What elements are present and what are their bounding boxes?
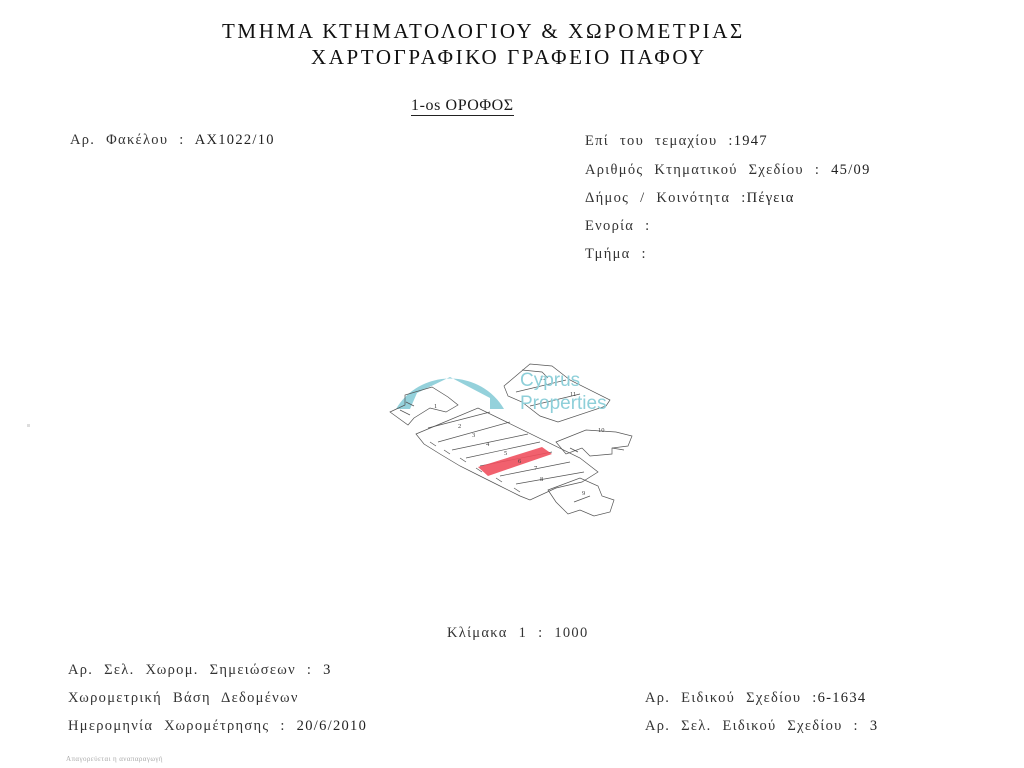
survey-date-field: Ημερομηνία Χωρομέτρησης : 20/6/2010 — [68, 718, 367, 735]
file-number-field: Αρ. Φακέλου : ΑΧ1022/10 — [70, 132, 275, 149]
survey-note-pages-label: Αρ. Σελ. Χωρομ. Σημειώσεων : — [68, 662, 312, 678]
special-plan-pages-label: Αρ. Σελ. Ειδικού Σχεδίου : — [645, 718, 859, 734]
unit-label: 1 — [434, 403, 437, 410]
scale-label: Κλίμακα — [447, 625, 508, 641]
section-label: Τμήμα : — [585, 246, 647, 262]
unit-label: 9 — [582, 490, 585, 497]
survey-date-label: Ημερομηνία Χωρομέτρησης : — [68, 718, 286, 734]
unit-label: 2 — [458, 423, 461, 430]
special-plan-value: 6-1634 — [818, 690, 867, 706]
unit-label: 8 — [540, 476, 543, 483]
special-plan-pages-field: Αρ. Σελ. Ειδικού Σχεδίου : 3 — [645, 718, 878, 735]
municipality-label: Δήμος / Κοινότητα : — [585, 190, 747, 206]
highlighted-unit-6 — [478, 447, 552, 476]
floor-plan-diagram: 1 2 3 4 5 6 7 8 9 10 11 12 Cyprus Proper… — [380, 350, 650, 520]
office-title: ΧΑΡΤΟΓΡΑΦΙΚΟ ΓΡΑΦΕΙΟ ΠΑΦΟΥ — [311, 45, 707, 70]
floor-heading: 1-os ΟΡΟΦΟΣ — [411, 97, 514, 116]
section-field: Τμήμα : — [585, 246, 647, 263]
special-plan-pages-value: 3 — [870, 718, 879, 734]
unit-label: 10 — [598, 427, 605, 434]
plot-label: Επί του τεμαχίου : — [585, 133, 734, 149]
survey-note-pages-field: Αρ. Σελ. Χωρομ. Σημειώσεων : 3 — [68, 662, 332, 679]
survey-database-label: Χωρομετρική Βάση Δεδομένων — [68, 690, 299, 707]
cadastral-plan-field: Αριθμός Κτηματικού Σχεδίου : 45/09 — [585, 162, 871, 179]
survey-date-value: 20/6/2010 — [297, 718, 368, 734]
scan-artifact — [27, 424, 30, 427]
watermark-text-line2: Properties — [520, 393, 607, 414]
parish-label: Ενορία : — [585, 218, 650, 234]
cadastral-plan-label: Αριθμός Κτηματικού Σχεδίου : — [585, 162, 820, 178]
department-title: ΤΜΗΜΑ ΚΤΗΜΑΤΟΛΟΓΙΟΥ & ΧΩΡΟΜΕΤΡΙΑΣ — [222, 19, 745, 44]
parish-field: Ενορία : — [585, 218, 650, 235]
file-number-label: Αρ. Φακέλου : — [70, 132, 185, 148]
watermark-text-line1: Cyprus — [520, 370, 580, 391]
scale-value: 1 : 1000 — [519, 625, 589, 641]
plot-value: 1947 — [734, 133, 768, 149]
unit-label: 5 — [504, 450, 507, 457]
file-number-value: ΑΧ1022/10 — [195, 132, 275, 148]
footnote: Απαγορεύεται η αναπαραγωγή — [66, 755, 163, 763]
special-plan-field: Αρ. Ειδικού Σχεδίου :6-1634 — [645, 690, 866, 707]
scale-field: Κλίμακα 1 : 1000 — [447, 625, 589, 642]
special-plan-label: Αρ. Ειδικού Σχεδίου : — [645, 690, 818, 706]
cadastral-plan-value: 45/09 — [831, 162, 871, 178]
survey-note-pages-value: 3 — [323, 662, 332, 678]
plot-field: Επί του τεμαχίου :1947 — [585, 133, 768, 150]
municipality-field: Δήμος / Κοινότητα :Πέγεια — [585, 190, 795, 207]
municipality-value: Πέγεια — [747, 190, 795, 206]
unit-label: 3 — [472, 432, 475, 439]
